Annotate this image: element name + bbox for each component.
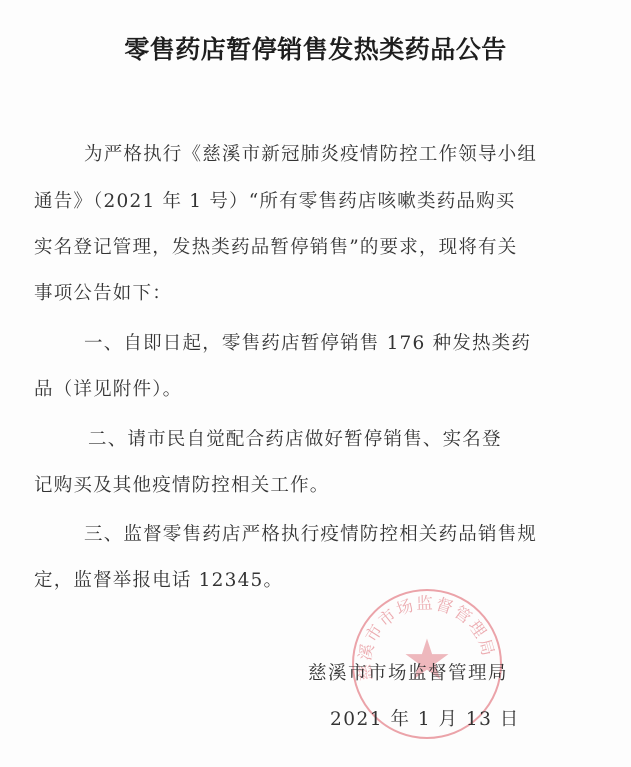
paragraph-4-line-2: 定，监督举报电话 12345。 (34, 566, 594, 592)
paragraph-3-line-2: 记购买及其他疫情防控相关工作。 (34, 471, 594, 497)
paragraph-1-line-2: 通告》（2021 年 1 号）“所有零售药店咳嗽类药品购买 (34, 187, 594, 213)
paragraph-2-line-2: 品（详见附件）。 (34, 375, 594, 401)
paragraph-1-line-4: 事项公告如下： (34, 279, 594, 305)
paragraph-2-line-1: 一、自即日起，零售药店暂停销售 176 种发热类药 (84, 329, 631, 355)
issue-date: 2021 年 1 月 13 日 (330, 705, 520, 731)
document-title: 零售药店暂停销售发热类药品公告 (0, 30, 631, 66)
paragraph-1-line-3: 实名登记管理，发热类药品暂停销售”的要求，现将有关 (34, 233, 594, 259)
paragraph-3-line-1: 二、请市民自觉配合药店做好暂停销售、实名登 (88, 425, 631, 451)
paragraph-1-line-1: 为严格执行《慈溪市新冠肺炎疫情防控工作领导小组 (84, 140, 631, 166)
issuer-name: 慈溪市市场监督管理局 (308, 659, 508, 685)
paragraph-4-line-1: 三、监督零售药店严格执行疫情防控相关药品销售规 (84, 520, 631, 546)
